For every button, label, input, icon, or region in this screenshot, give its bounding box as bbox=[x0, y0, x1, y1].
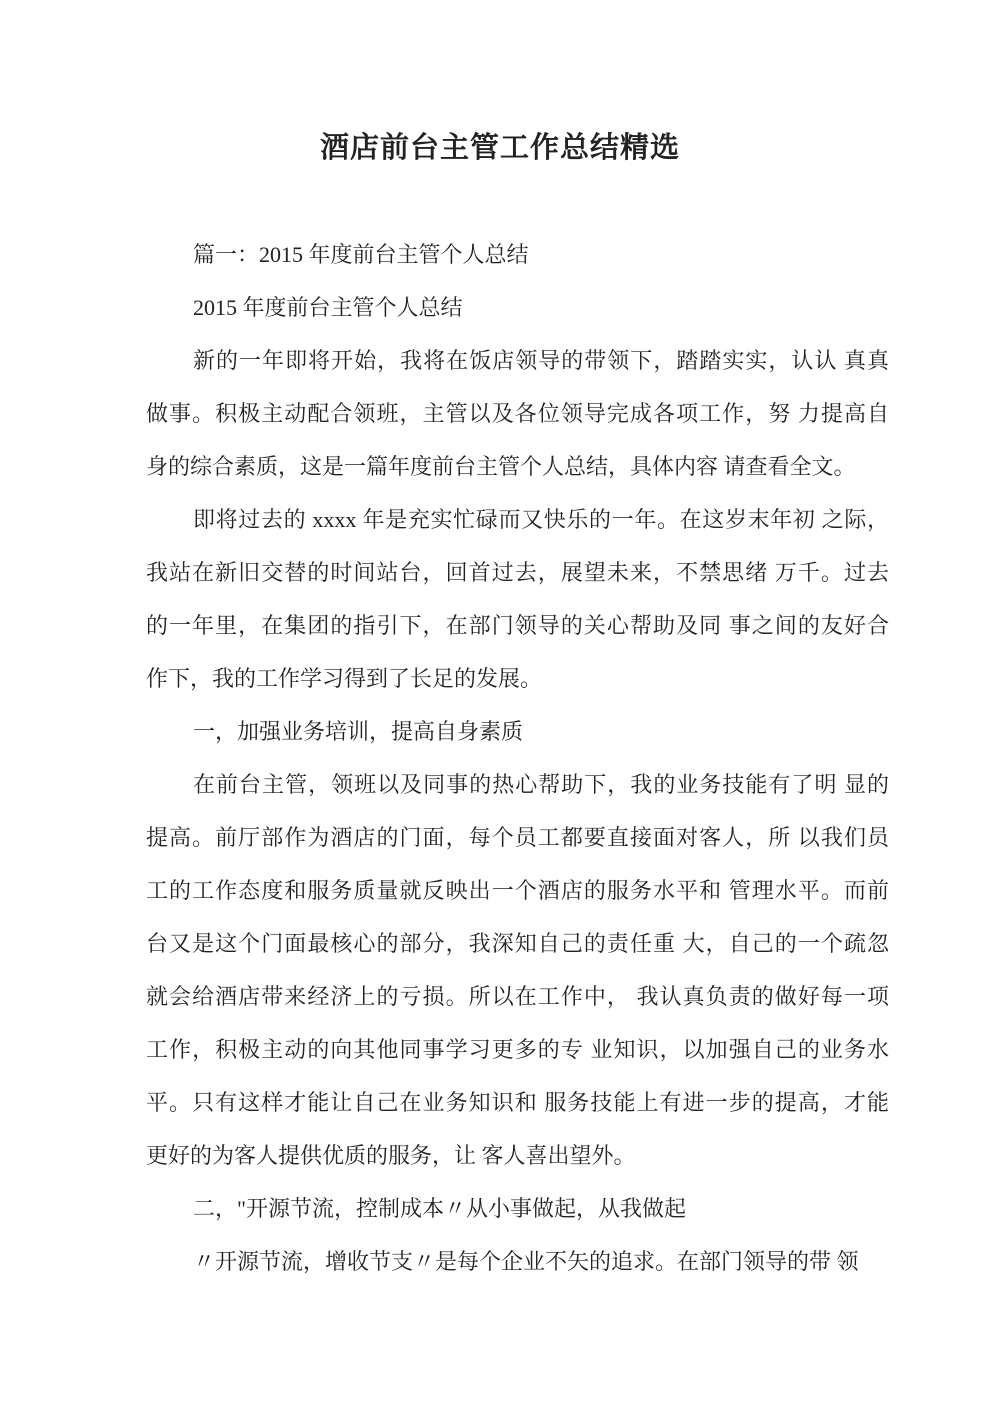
text-line: 即将过去的 xxxx 年是充实忙碌而又快乐的一年。在这岁末年初 之际， bbox=[146, 493, 889, 546]
paragraph: 〃开源节流，增收节支〃是每个企业不矢的追求。在部门领导的带 领 bbox=[146, 1235, 889, 1288]
text-line: 一，加强业务培训，提高自身素质 bbox=[146, 705, 889, 758]
paragraph: 2015 年度前台主管个人总结 bbox=[146, 281, 889, 334]
text-line: 我站在新旧交替的时间站台，回首过去，展望未来，不禁思绪 万千。过去 bbox=[146, 546, 889, 599]
text-line: 2015 年度前台主管个人总结 bbox=[146, 281, 889, 334]
text-line: 二，"开源节流，控制成本〃从小事做起，从我做起 bbox=[146, 1182, 889, 1235]
text-line: 篇一：2015 年度前台主管个人总结 bbox=[146, 228, 889, 281]
paragraph: 新的一年即将开始，我将在饭店领导的带领下，踏踏实实，认认 真真做事。积极主动配合… bbox=[146, 334, 889, 493]
document-body: 篇一：2015 年度前台主管个人总结2015 年度前台主管个人总结新的一年即将开… bbox=[146, 228, 889, 1288]
paragraph: 在前台主管，领班以及同事的热心帮助下，我的业务技能有了明 显的提高。前厅部作为酒… bbox=[146, 758, 889, 1182]
text-line: 〃开源节流，增收节支〃是每个企业不矢的追求。在部门领导的带 领 bbox=[146, 1235, 889, 1288]
text-line: 作下，我的工作学习得到了长足的发展。 bbox=[146, 652, 889, 705]
paragraph: 一，加强业务培训，提高自身素质 bbox=[146, 705, 889, 758]
text-line: 平。只有这样才能让自己在业务知识和 服务技能上有进一步的提高，才能 bbox=[146, 1076, 889, 1129]
text-line: 更好的为客人提供优质的服务，让 客人喜出望外。 bbox=[146, 1129, 889, 1182]
text-line: 就会给酒店带来经济上的亏损。所以在工作中， 我认真负责的做好每一项 bbox=[146, 970, 889, 1023]
text-line: 的一年里，在集团的指引下，在部门领导的关心帮助及同 事之间的友好合 bbox=[146, 599, 889, 652]
text-line: 做事。积极主动配合领班，主管以及各位领导完成各项工作，努 力提高自 bbox=[146, 387, 889, 440]
document-page: 酒店前台主管工作总结精选 篇一：2015 年度前台主管个人总结2015 年度前台… bbox=[0, 0, 1000, 1415]
paragraph: 篇一：2015 年度前台主管个人总结 bbox=[146, 228, 889, 281]
text-line: 台又是这个门面最核心的部分，我深知自己的责任重 大，自己的一个疏忽 bbox=[146, 917, 889, 970]
text-line: 工作，积极主动的向其他同事学习更多的专 业知识，以加强自己的业务水 bbox=[146, 1023, 889, 1076]
paragraph: 二，"开源节流，控制成本〃从小事做起，从我做起 bbox=[146, 1182, 889, 1235]
text-line: 身的综合素质，这是一篇年度前台主管个人总结，具体内容 请查看全文。 bbox=[146, 440, 889, 493]
document-title: 酒店前台主管工作总结精选 bbox=[0, 0, 1000, 168]
text-line: 在前台主管，领班以及同事的热心帮助下，我的业务技能有了明 显的 bbox=[146, 758, 889, 811]
text-line: 提高。前厅部作为酒店的门面，每个员工都要直接面对客人，所 以我们员 bbox=[146, 811, 889, 864]
text-line: 工的工作态度和服务质量就反映出一个酒店的服务水平和 管理水平。而前 bbox=[146, 864, 889, 917]
paragraph: 即将过去的 xxxx 年是充实忙碌而又快乐的一年。在这岁末年初 之际，我站在新旧… bbox=[146, 493, 889, 705]
text-line: 新的一年即将开始，我将在饭店领导的带领下，踏踏实实，认认 真真 bbox=[146, 334, 889, 387]
